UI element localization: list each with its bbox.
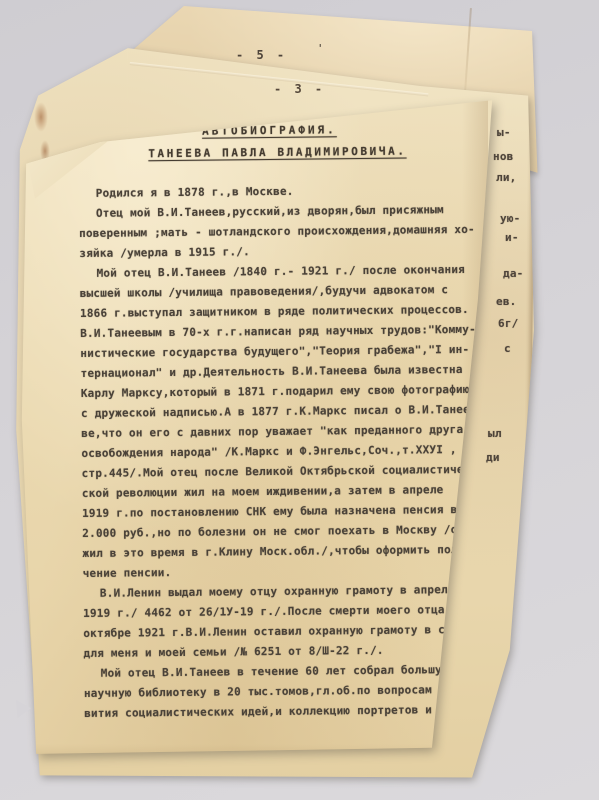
typed-line: Карлу Марксу,который в 1871 г.подарил ем… [81,380,481,404]
underlying-text-fragment: да- [503,267,523,280]
typed-line: вития социалистических идей,и коллекцию … [84,700,484,724]
typed-line: 2.000 руб.,но по болезни он не смог поех… [82,520,482,544]
rust-stain [32,180,48,220]
typed-line: Мой отец В.И.Танеев /1840 г.- 1921 г./ п… [79,260,479,284]
edge-notch [16,700,31,718]
document-lines: Родился я в 1878 г.,в Москве.Отец мой В.… [79,180,485,724]
typed-line: тернационал" и др.Деятельность В.И.Танее… [80,360,480,384]
front-sheet-shadow: АВТОБИОГРАФИЯ. ТАНЕЕВА ПАВЛА ВЛАДИМИРОВИ… [0,0,599,800]
underlying-text-fragment: ев. [496,295,516,308]
middle-sheet: - 3 - [12,40,536,782]
back-sheet [120,0,540,180]
typed-line: Родился я в 1878 г.,в Москве. [79,180,479,204]
typed-line: ской революции жил на моем иждивении,а з… [82,480,482,504]
document-text: АВТОБИОГРАФИЯ. ТАНЕЕВА ПАВЛА ВЛАДИМИРОВИ… [78,122,484,724]
middle-sheet-crease [130,62,429,96]
back-sheet-shadow [0,0,599,800]
middle-sheet-shadow: - 3 - [0,0,599,800]
document-subtitle: ТАНЕЕВА ПАВЛА ВЛАДИМИРОВИЧА. [148,144,478,167]
underlying-text-fragment: нов [493,150,513,163]
corner-fold [22,138,114,202]
typed-line: октябре 1921 г.В.И.Ленин оставил охранну… [83,620,483,644]
underlying-text-fragment: ди [486,451,500,464]
underlying-text-fragment: ы- [497,126,511,139]
typed-line: Мой отец В.И.Танеев в течение 60 лет соб… [84,660,484,684]
photo-of-documents: - 5 - ' - 3 - ы-новли,ую-и-да-ев.6г/сылд… [0,0,599,800]
typed-line: научную библиотеку в 20 тыс.томов,гл.об.… [84,680,484,704]
typed-line: высшей школы /училища правоведения/,буду… [80,280,480,304]
typed-line: ве,что он его с давних пор уважает "как … [81,420,481,444]
typed-line: зяйка /умерла в 1915 г./. [79,240,479,264]
page-number-5: - 5 - [236,48,287,62]
back-sheet-crease [464,8,472,92]
torn-edge [522,98,535,658]
rust-stain [107,188,113,194]
bottom-edge-shade [18,744,496,762]
underlying-text-fragment: ую- [500,212,520,225]
underlying-text-fragment: 6г/ [498,317,518,330]
typed-line: 1919 г.по постановлению СНК ему была наз… [82,500,482,524]
typed-line: 1866 г.выступал защитником в ряде полити… [80,300,480,324]
typed-line: В.И.Ленин выдал моему отцу охранную грам… [83,580,483,604]
typed-line: В.И.Танеевым в 70-х г.г.написан ряд науч… [80,320,480,344]
front-sheet: АВТОБИОГРАФИЯ. ТАНЕЕВА ПАВЛА ВЛАДИМИРОВИ… [18,86,496,762]
typed-line: для меня и моей семьи /№ 6251 от 8/Ш-22 … [83,640,483,664]
typed-line: чение пенсии. [83,560,483,584]
underlying-text-fragment: ыл [488,427,502,440]
tick-mark: ' [317,42,324,55]
rust-stain [40,140,50,162]
underlying-text-fragment: ли, [496,171,516,184]
rust-stain [67,160,73,168]
typed-line: поверенным ;мать - шотландского происхож… [79,220,479,244]
typed-line: нистические государства будущего","Теори… [80,340,480,364]
right-edge-shade [462,86,488,762]
document-title: АВТОБИОГРАФИЯ. [202,122,478,145]
underlying-text-fragment: с [504,342,511,355]
typed-line: стр.445/.Мой отец после Великой Октябрьс… [82,460,482,484]
page-number-3: - 3 - [274,82,325,96]
underlying-text-fragment: и- [505,231,519,244]
rust-stain [34,102,48,132]
rust-stain [42,235,51,253]
typed-line: жил в это время в г.Клину Моск.обл./,что… [82,540,482,564]
typed-line: Отец мой В.И.Танеев,русский,из дворян,бы… [79,200,479,224]
typed-line: с дружеской надписью.А в 1877 г.К.Маркс … [81,400,481,424]
typed-line: освобождения народа" /К.Маркс и Ф.Энгель… [81,440,481,464]
typed-line: 1919 г./ 4462 от 26/1У-19 г./.После смер… [83,600,483,624]
